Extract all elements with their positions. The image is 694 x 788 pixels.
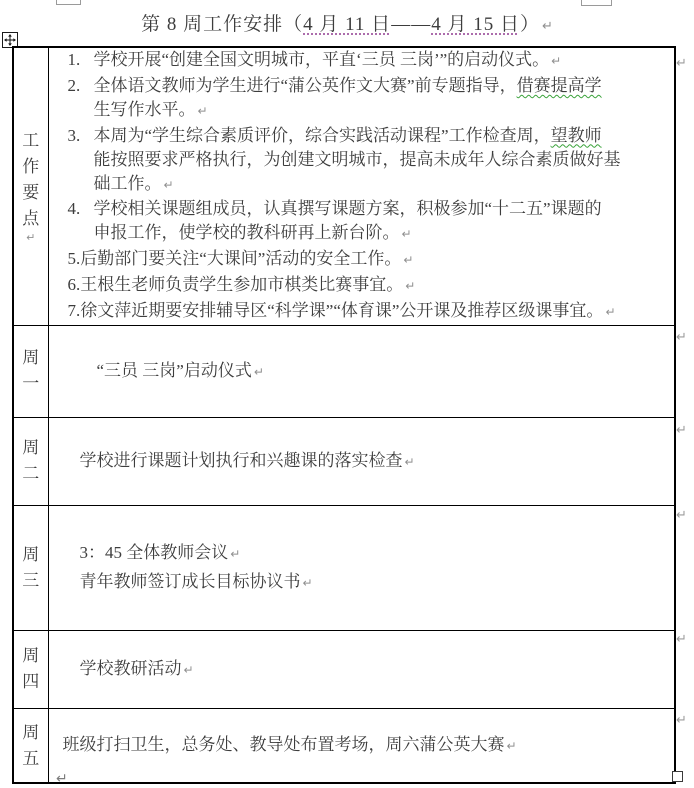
title-close-paren: ） xyxy=(520,14,540,35)
list-number: 7. xyxy=(68,301,81,320)
wednesday-row: 周三↵ 3：45 全体教师会议↵ 青年教师签订成长目标协议书↵ xyxy=(13,505,675,630)
title-date-end: 4 月 15 日 xyxy=(431,14,520,35)
day-label-cell-wednesday[interactable]: 周三↵ xyxy=(13,505,48,630)
day-label-cell-tuesday[interactable]: 周二↵ xyxy=(13,417,48,505)
title-date-start: 4 月 11 日 xyxy=(303,14,391,35)
text-segment: 能按照要求严格执行，为创建文明城市，提高未成年人综合素质做好基 xyxy=(94,150,621,169)
text-segment: 学校相关课题组成员，认真撰写课题方案，积极参加“十二五”课题的 xyxy=(94,199,602,218)
monday-row: 周一↵ “三员 三岗”启动仪式↵ xyxy=(13,325,675,417)
page-title[interactable]: 第 8 周工作安排（4 月 11 日——4 月 15 日）↵ xyxy=(0,9,694,36)
end-of-row-mark: ↵ xyxy=(676,56,687,71)
paragraph-mark: ↵ xyxy=(254,365,264,379)
schedule-table: 工作要点↵1.学校开展“创建全国文明城市，平直‘三员 三岗’”的启动仪式。↵2.… xyxy=(12,46,676,784)
day-line: 3：45 全体教师会议↵ xyxy=(49,539,675,568)
work-point-line: 生写作水平。↵ xyxy=(49,98,675,124)
day-label-cell-monday[interactable]: 周一↵ xyxy=(13,325,48,417)
work-point-line: 1.学校开展“创建全国文明城市，平直‘三员 三岗’”的启动仪式。↵ xyxy=(49,48,675,74)
work-point-line: 础工作。↵ xyxy=(49,172,675,198)
work-point-line: 6.王根生老师负责学生参加市棋类比赛事宜。↵ xyxy=(49,273,675,299)
list-number: 1. xyxy=(68,48,81,72)
text-segment: 础工作。 xyxy=(94,174,162,193)
end-of-row-mark: ↵ xyxy=(676,508,687,523)
text-segment: 学校进行课题计划执行和兴趣课的落实检查 xyxy=(63,451,403,470)
label-char: 二↵ xyxy=(14,461,48,487)
list-number: 5. xyxy=(68,249,81,268)
end-of-row-mark: ↵ xyxy=(676,632,687,647)
day-content-cell-wednesday[interactable]: 3：45 全体教师会议↵ 青年教师签订成长目标协议书↵ xyxy=(48,505,675,630)
day-content-cell-monday[interactable]: “三员 三岗”启动仪式↵ xyxy=(48,325,675,417)
paragraph-mark: ↵ xyxy=(198,104,208,118)
label-char: 周 xyxy=(14,643,48,669)
list-number: 3. xyxy=(68,124,81,148)
title-dash: —— xyxy=(391,14,431,35)
paragraph-mark: ↵ xyxy=(405,279,415,293)
spellcheck-underlined-text: 借赛提高学 xyxy=(517,76,602,95)
paragraph-mark: ↵ xyxy=(14,232,48,244)
list-number: 2. xyxy=(68,74,81,98)
paragraph-mark: ↵ xyxy=(551,54,561,68)
spellcheck-underlined-text: 望教师 xyxy=(551,126,602,145)
label-char: 三↵ xyxy=(14,568,48,594)
friday-row: 周五↵班级打扫卫生，总务处、教导处布置考场，周六蒲公英大赛↵ xyxy=(13,708,675,783)
text-segment: 后勤部门要关注“大课间”活动的安全工作。 xyxy=(80,249,401,268)
tuesday-row: 周二↵ 学校进行课题计划执行和兴趣课的落实检查↵ xyxy=(13,417,675,505)
text-segment: 青年教师签订成长目标协议书 xyxy=(63,572,301,591)
day-content-cell-friday[interactable]: 班级打扫卫生，总务处、教导处布置考场，周六蒲公英大赛↵ xyxy=(48,708,675,783)
paragraph-mark: ↵ xyxy=(507,739,517,753)
text-segment: 王根生老师负责学生参加市棋类比赛事宜。 xyxy=(80,275,403,294)
label-char: 周 xyxy=(14,345,48,371)
work-point-line: 5.后勤部门要关注“大课间”活动的安全工作。↵ xyxy=(49,247,675,273)
label-char: 作 xyxy=(14,154,48,180)
label-char: 周 xyxy=(14,720,48,746)
work-point-line: 申报工作，使学校的教科研再上新台阶。↵ xyxy=(49,221,675,247)
paragraph-mark: ↵ xyxy=(405,455,415,469)
list-number: 4. xyxy=(68,197,81,221)
paragraph-mark: ↵ xyxy=(56,771,68,787)
label-char: 五↵ xyxy=(14,746,48,772)
label-char: 一↵ xyxy=(14,371,48,397)
work-point-line: 3.本周为“学生综合素质评价，综合实践活动课程”工作检查周，望教师 xyxy=(49,124,675,148)
schedule-table-body: 工作要点↵1.学校开展“创建全国文明城市，平直‘三员 三岗’”的启动仪式。↵2.… xyxy=(13,47,675,783)
day-line: “三员 三岗”启动仪式↵ xyxy=(49,357,675,386)
day-label-cell-thursday[interactable]: 周四 xyxy=(13,630,48,708)
paragraph-mark: ↵ xyxy=(402,227,412,241)
text-segment: 3：45 全体教师会议 xyxy=(63,543,229,562)
paragraph-mark: ↵ xyxy=(230,547,240,561)
label-char: 四 xyxy=(14,669,48,695)
work-point-line: 7.徐文萍近期要安排辅导区“科学课”“体育课”公开课及推荐区级课事宜。↵ xyxy=(49,299,675,325)
end-of-row-mark: ↵ xyxy=(676,330,687,345)
paragraph-mark: ↵ xyxy=(184,663,194,677)
work-point-line: 能按照要求严格执行，为创建文明城市，提高未成年人综合素质做好基 xyxy=(49,148,675,172)
work-points-row: 工作要点↵1.学校开展“创建全国文明城市，平直‘三员 三岗’”的启动仪式。↵2.… xyxy=(13,47,675,325)
day-line: 班级打扫卫生，总务处、教导处布置考场，周六蒲公英大赛↵ xyxy=(49,731,675,760)
paragraph-mark: ↵ xyxy=(403,253,413,267)
text-segment: 徐文萍近期要安排辅导区“科学课”“体育课”公开课及推荐区级课事宜。 xyxy=(80,301,603,320)
text-segment: 本周为“学生综合素质评价，综合实践活动课程”工作检查周， xyxy=(94,126,551,145)
day-line: 学校教研活动↵ xyxy=(49,655,675,684)
day-label-cell-friday[interactable]: 周五↵ xyxy=(13,708,48,783)
table-resize-handle[interactable] xyxy=(672,771,683,782)
label-char: 周 xyxy=(14,435,48,461)
work-point-line: 4.学校相关课题组成员，认真撰写课题方案，积极参加“十二五”课题的 xyxy=(49,197,675,221)
label-char: 要 xyxy=(14,180,48,206)
text-segment: 学校教研活动 xyxy=(63,659,182,678)
text-segment: 生写作水平。 xyxy=(94,100,196,119)
label-char: 点 xyxy=(14,206,48,232)
paragraph-mark: ↵ xyxy=(542,19,553,34)
work-points-cell[interactable]: 1.学校开展“创建全国文明城市，平直‘三员 三岗’”的启动仪式。↵2.全体语文教… xyxy=(48,47,675,325)
text-segment: 申报工作，使学校的教科研再上新台阶。 xyxy=(94,223,400,242)
thursday-row: 周四 学校教研活动↵ xyxy=(13,630,675,708)
day-content-cell-thursday[interactable]: 学校教研活动↵ xyxy=(48,630,675,708)
day-content-cell-tuesday[interactable]: 学校进行课题计划执行和兴趣课的落实检查↵ xyxy=(48,417,675,505)
label-char: 工 xyxy=(14,128,48,154)
day-line: 青年教师签订成长目标协议书↵ xyxy=(49,568,675,597)
end-of-row-mark: ↵ xyxy=(676,713,687,728)
text-segment: 班级打扫卫生，总务处、教导处布置考场，周六蒲公英大赛 xyxy=(63,735,505,754)
page-top-fragment-left xyxy=(56,0,81,5)
paragraph-mark: ↵ xyxy=(303,576,313,590)
text-segment: “三员 三岗”启动仪式 xyxy=(63,361,252,380)
label-char: 周 xyxy=(14,542,48,568)
paragraph-mark: ↵ xyxy=(164,178,174,192)
four-way-arrow-icon xyxy=(4,34,16,46)
list-number: 6. xyxy=(68,275,81,294)
text-segment: 全体语文教师为学生进行“蒲公英作文大赛”前专题指导， xyxy=(94,76,517,95)
paragraph-mark: ↵ xyxy=(605,305,615,319)
text-segment: 学校开展“创建全国文明城市，平直‘三员 三岗’”的启动仪式。 xyxy=(94,50,550,69)
work-points-label-cell[interactable]: 工作要点↵ xyxy=(13,47,48,325)
title-text: 第 8 周工作安排（ xyxy=(141,14,303,35)
end-of-row-mark: ↵ xyxy=(676,423,687,438)
day-line: 学校进行课题计划执行和兴趣课的落实检查↵ xyxy=(49,447,675,476)
page-top-fragment-right xyxy=(581,0,612,6)
document-page: 第 8 周工作安排（4 月 11 日——4 月 15 日）↵ 工作要点↵1.学校… xyxy=(0,0,694,788)
work-point-line: 2.全体语文教师为学生进行“蒲公英作文大赛”前专题指导，借赛提高学 xyxy=(49,74,675,98)
